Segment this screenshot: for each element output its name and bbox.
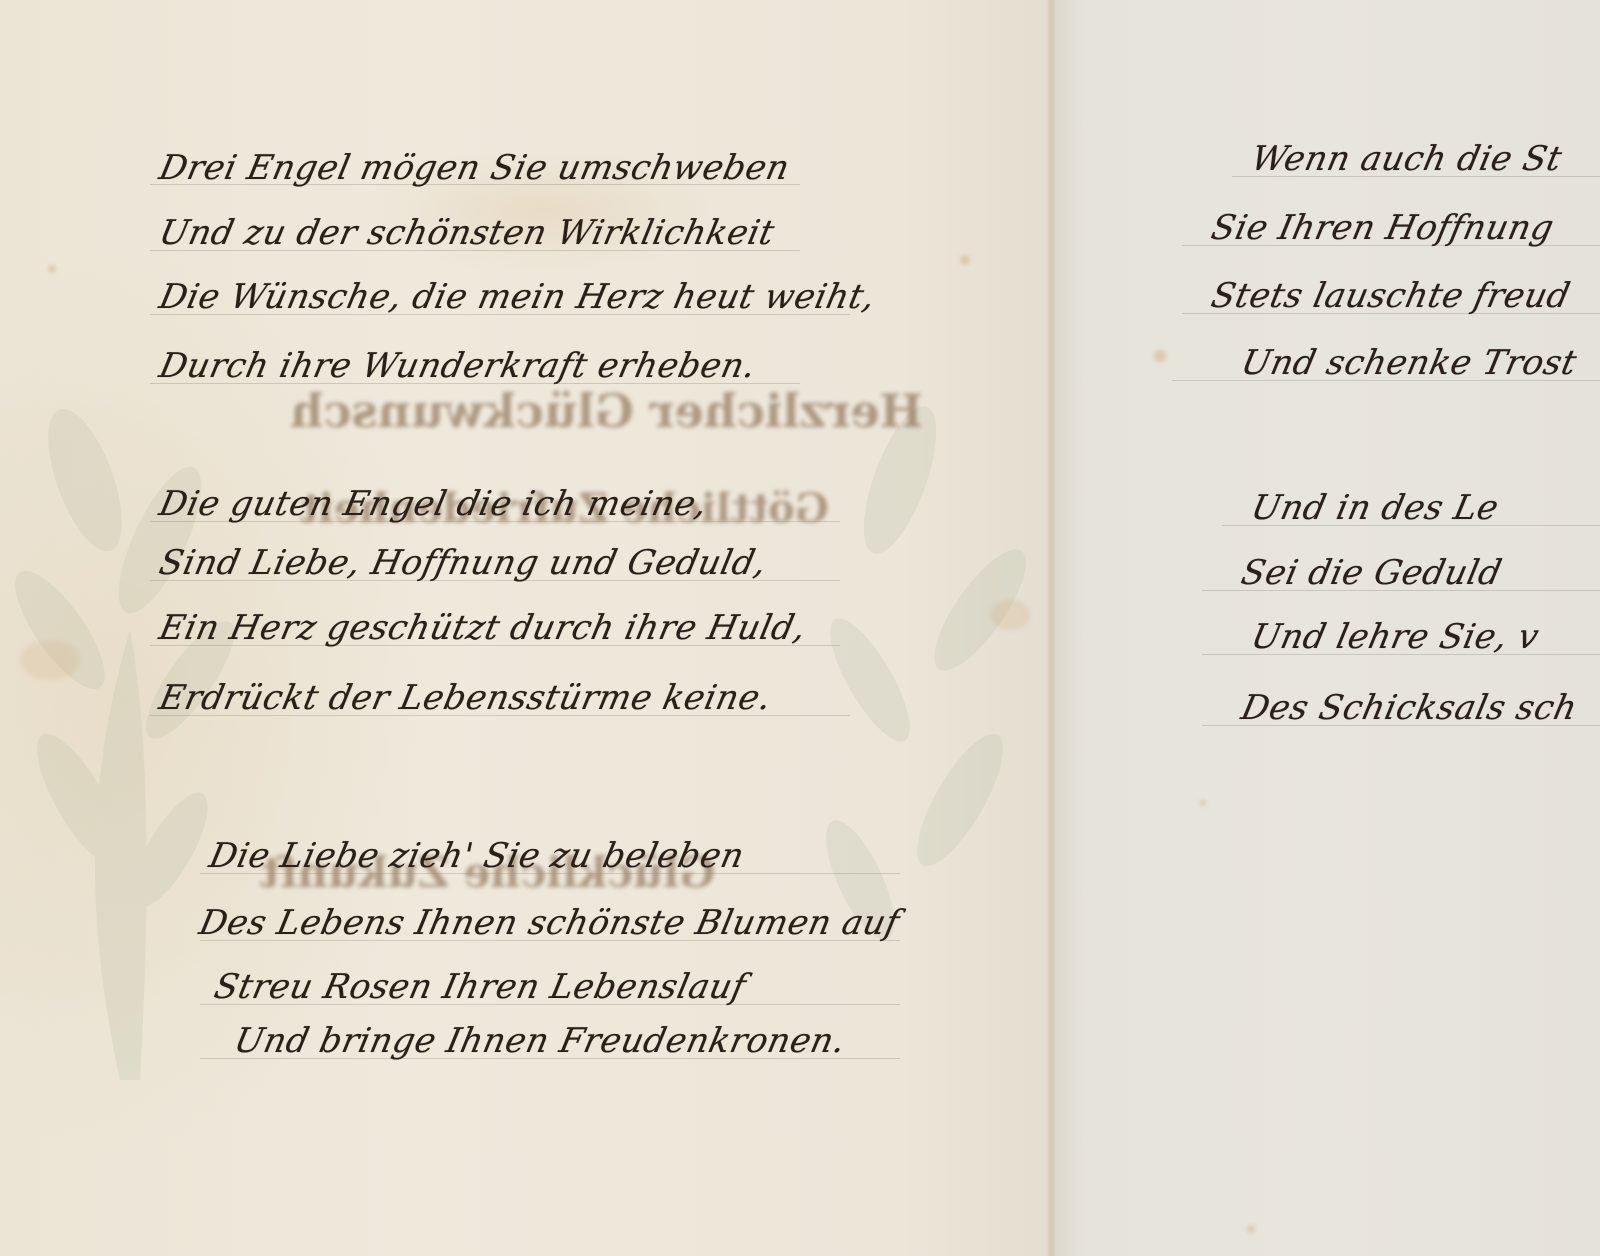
foxing-spot bbox=[1200, 800, 1206, 806]
poem-line: Erdrückt der Lebensstürme keine. bbox=[156, 678, 775, 718]
poem-line: Die Wünsche, die mein Herz heut weiht, bbox=[156, 277, 879, 317]
right-page: Wenn auch die St Sie Ihren Hoffnung Stet… bbox=[1052, 0, 1600, 1256]
foxing-spot bbox=[1247, 1225, 1255, 1233]
poem-line: Die Liebe zieh' Sie zu beleben bbox=[206, 836, 748, 876]
foxing-spot bbox=[48, 265, 56, 273]
poem-line: Des Lebens Ihnen schönste Blumen auf bbox=[196, 903, 903, 943]
poem-line: Streu Rosen Ihren Lebenslauf bbox=[211, 967, 750, 1007]
poem-line: Sie Ihren Hoffnung bbox=[1208, 208, 1558, 248]
bleed-through-text: Herzlicher Glückwunsch bbox=[290, 384, 923, 438]
foxing-spot bbox=[20, 640, 80, 680]
poem-line: Sei die Geduld bbox=[1238, 553, 1506, 593]
poem-line: Ein Herz geschützt durch ihre Huld, bbox=[156, 608, 810, 648]
poem-line: Und bringe Ihnen Freudenkronen. bbox=[231, 1021, 849, 1061]
poem-line: Und in des Le bbox=[1248, 488, 1503, 528]
poem-line: Stets lauschte freud bbox=[1208, 276, 1574, 316]
foxing-spot bbox=[990, 600, 1030, 630]
foxing-spot bbox=[1154, 350, 1166, 362]
foxing-spot bbox=[960, 255, 970, 265]
page-fold bbox=[1046, 0, 1056, 1256]
poem-line: Des Schicksals sch bbox=[1238, 688, 1581, 728]
poem-line: Und lehre Sie, v bbox=[1248, 617, 1543, 657]
poem-line: Und zu der schönsten Wirklichkeit bbox=[156, 213, 778, 253]
poem-line: Wenn auch die St bbox=[1248, 139, 1566, 179]
poem-line: Und schenke Trost bbox=[1238, 343, 1581, 383]
poem-line: Sind Liebe, Hoffnung und Geduld, bbox=[156, 543, 771, 583]
poem-line: Durch ihre Wunderkraft erheben. bbox=[156, 346, 760, 386]
poem-line: Die guten Engel die ich meine, bbox=[156, 484, 711, 524]
left-page: Herzlicher Glückwunsch Göttliche Zufried… bbox=[0, 0, 1052, 1256]
poem-line: Drei Engel mögen Sie umschweben bbox=[156, 148, 794, 188]
